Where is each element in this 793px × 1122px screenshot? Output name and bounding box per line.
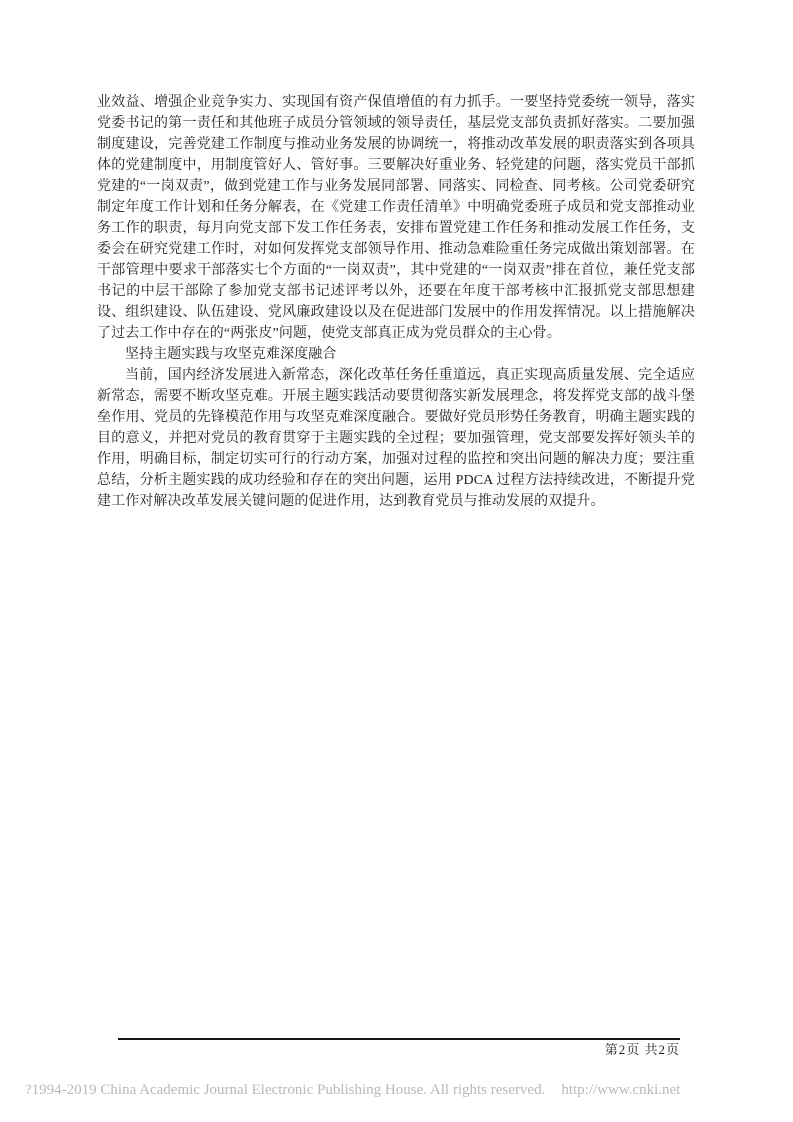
paragraph-body: 当前，国内经济发展进入新常态，深化改革任务任重道远，真正实现高质量发展、完全适应…: [97, 365, 695, 512]
copyright-text: ?1994-2019 China Academic Journal Electr…: [25, 1082, 545, 1098]
document-page: 业效益、增强企业竞争实力、实现国有资产保值增值的有力抓手。一要坚持党委统一领导，…: [0, 0, 793, 1122]
copyright-url: http://www.cnki.net: [561, 1082, 680, 1098]
paragraph-continuation: 业效益、增强企业竞争实力、实现国有资产保值增值的有力抓手。一要坚持党委统一领导，…: [97, 92, 695, 344]
copyright-line: ?1994-2019 China Academic Journal Electr…: [25, 1081, 765, 1100]
footer-divider: [118, 1038, 680, 1040]
document-body: 业效益、增强企业竞争实力、实现国有资产保值增值的有力抓手。一要坚持党委统一领导，…: [97, 92, 695, 512]
section-heading: 坚持主题实践与攻坚克难深度融合: [97, 344, 695, 365]
page-number: 第2页 共2页: [118, 1041, 680, 1058]
